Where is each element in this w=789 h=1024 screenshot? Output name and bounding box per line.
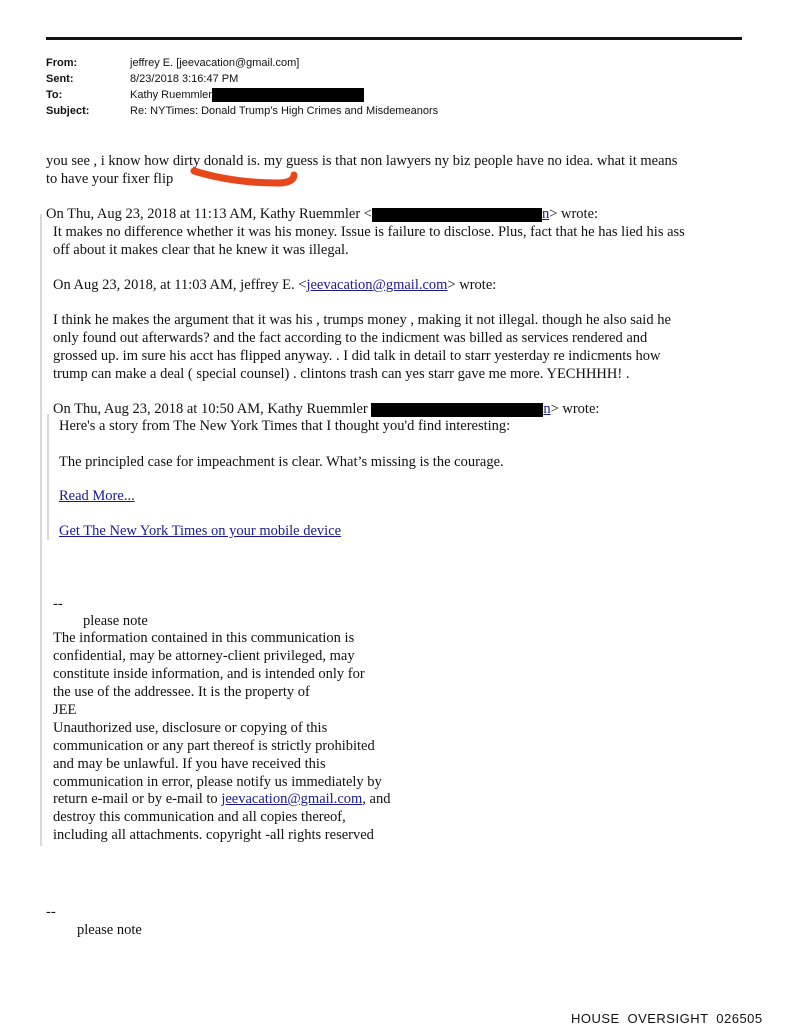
signature1-disclaimer-line: confidential, may be attorney-client pri… (53, 647, 355, 665)
quote2-line-1: I think he makes the argument that it wa… (53, 311, 671, 329)
signature1-disclaimer-line: constitute inside information, and is in… (53, 665, 365, 683)
from-label: From: (46, 55, 77, 71)
signature2-dashes: -- (46, 903, 56, 921)
to-value: Kathy Ruemmler (130, 89, 212, 101)
redacted-email-tail[interactable]: n (543, 401, 550, 417)
redaction-box (372, 208, 542, 222)
from-value: jeffrey E. [jeevacation@gmail.com] (130, 55, 299, 71)
quote2-line-3: grossed up. im sure his acct has flipped… (53, 347, 661, 365)
quote2-line-4: trump can make a deal ( special counsel)… (53, 365, 629, 383)
quote-bar-inner (47, 414, 49, 540)
quote2-email-link[interactable]: jeevacation@gmail.com (306, 277, 447, 293)
signature1-email-link[interactable]: jeevacation@gmail.com (221, 791, 362, 807)
to-label: To: (46, 87, 62, 103)
signature1-disclaimer-line: JEE (53, 701, 76, 719)
signature1-disclaimer-line: communication or any part thereof is str… (53, 737, 375, 755)
subject-label: Subject: (46, 103, 89, 119)
signature1-dashes: -- (53, 595, 63, 613)
quote1-line-1: It makes no difference whether it was hi… (53, 223, 685, 241)
nyt-mobile-link[interactable]: Get The New York Times on your mobile de… (59, 522, 341, 540)
quote2-attribution: On Aug 23, 2018, at 11:03 AM, jeffrey E.… (53, 276, 496, 294)
signature1-disclaimer-line: communication in error, please notify us… (53, 773, 382, 791)
quote3-summary: The principled case for impeachment is c… (59, 453, 504, 471)
signature1-tail-2: including all attachments. copyright -al… (53, 826, 374, 844)
quote1-attribution: On Thu, Aug 23, 2018 at 11:13 AM, Kathy … (46, 205, 598, 223)
handwritten-underline-annotation (190, 165, 310, 191)
redaction-box (212, 88, 364, 102)
sent-label: Sent: (46, 71, 74, 87)
signature1-disclaimer-line: the use of the addressee. It is the prop… (53, 683, 310, 701)
signature1-disclaimer-line: and may be unlawful. If you have receive… (53, 755, 326, 773)
to-value-wrap: Kathy Ruemmler (130, 87, 364, 103)
quote1-line-2: off about it makes clear that he knew it… (53, 241, 349, 259)
quote2-line-2: only found out afterwards? and the fact … (53, 329, 647, 347)
header-rule (46, 37, 742, 40)
signature1-tail-1: destroy this communication and all copie… (53, 808, 346, 826)
reply-line-2: to have your fixer flip (46, 170, 173, 188)
read-more-link[interactable]: Read More... (59, 487, 135, 505)
signature1-return-line: return e-mail or by e-mail to jeevacatio… (53, 790, 390, 808)
reply-line-1: you see , i know how dirty donald is. my… (46, 152, 677, 170)
sent-value: 8/23/2018 3:16:47 PM (130, 71, 238, 87)
signature1-note: please note (83, 612, 148, 630)
signature1-disclaimer-line: The information contained in this commun… (53, 629, 354, 647)
signature2-note: please note (77, 921, 142, 939)
bates-number: HOUSE_OVERSIGHT_026505 (571, 1011, 763, 1024)
quote-bar-outer (40, 214, 42, 846)
signature1-disclaimer-line: Unauthorized use, disclosure or copying … (53, 719, 327, 737)
subject-value: Re: NYTimes: Donald Trump’s High Crimes … (130, 103, 438, 119)
quote3-attribution: On Thu, Aug 23, 2018 at 10:50 AM, Kathy … (53, 400, 599, 418)
quote3-intro: Here's a story from The New York Times t… (59, 417, 510, 435)
redaction-box (371, 403, 543, 417)
